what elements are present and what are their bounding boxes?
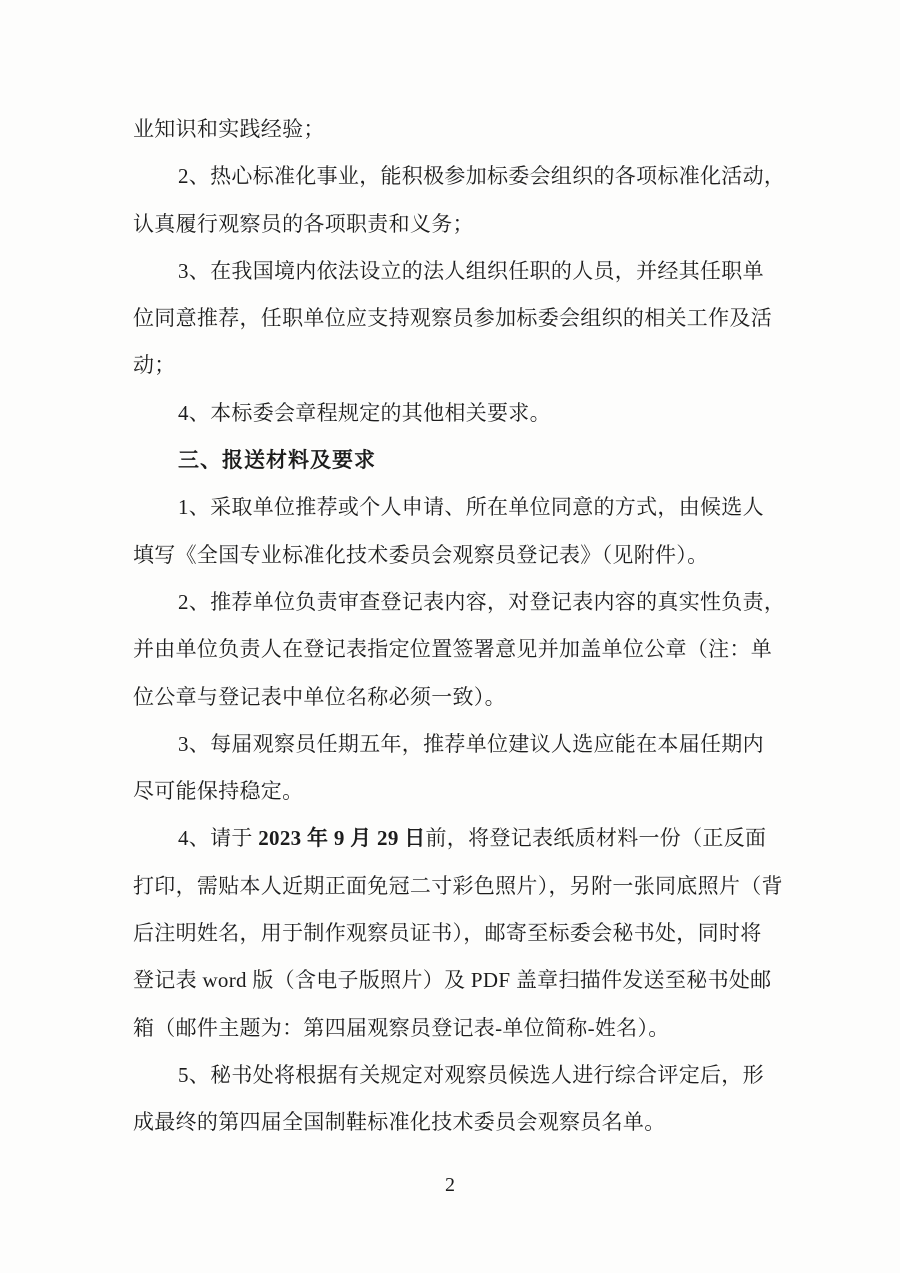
doc-line-item-3b: 3、每届观察员任期五年，推荐单位建议人选应能在本届任期内 [133, 721, 813, 768]
page-number: 2 [0, 1172, 900, 1198]
doc-line: 尽可能保持稳定。 [133, 768, 813, 815]
doc-line: 认真履行观察员的各项职责和义务； [133, 201, 813, 248]
doc-line: 箱（邮件主题为：第四届观察员登记表-单位简称-姓名）。 [133, 1005, 813, 1052]
doc-line-item-1: 1、采取单位推荐或个人申请、所在单位同意的方式，由候选人 [133, 484, 813, 531]
doc-line-item-5: 5、秘书处将根据有关规定对观察员候选人进行综合评定后，形 [133, 1052, 813, 1099]
doc-line-item-2b: 2、推荐单位负责审查登记表内容，对登记表内容的真实性负责， [133, 579, 813, 626]
doc-line: 位公章与登记表中单位名称必须一致）。 [133, 674, 813, 721]
doc-line: 填写《全国专业标准化技术委员会观察员登记表》（见附件）。 [133, 532, 813, 579]
document-page: 业知识和实践经验； 2、热心标准化事业，能积极参加标委会组织的各项标准化活动， … [0, 0, 900, 1273]
doc-line-item-4: 4、本标委会章程规定的其他相关要求。 [133, 390, 813, 437]
doc-line-item-2: 2、热心标准化事业，能积极参加标委会组织的各项标准化活动， [133, 153, 813, 200]
deadline-text-post: 前，将登记表纸质材料一份（正反面 [426, 826, 767, 850]
doc-line: 位同意推荐，任职单位应支持观察员参加标委会组织的相关工作及活 [133, 295, 813, 342]
doc-line: 业知识和实践经验； [133, 106, 813, 153]
deadline-date: 2023 年 9 月 29 日 [258, 826, 425, 850]
section-heading-materials: 三、报送材料及要求 [133, 437, 813, 484]
doc-line: 登记表 word 版（含电子版照片）及 PDF 盖章扫描件发送至秘书处邮 [133, 957, 813, 1004]
doc-line: 后注明姓名，用于制作观察员证书），邮寄至标委会秘书处，同时将 [133, 910, 813, 957]
doc-line: 并由单位负责人在登记表指定位置签署意见并加盖单位公章（注：单 [133, 626, 813, 673]
doc-line: 成最终的第四届全国制鞋标准化技术委员会观察员名单。 [133, 1099, 813, 1146]
doc-line-item-3: 3、在我国境内依法设立的法人组织任职的人员，并经其任职单 [133, 248, 813, 295]
document-body: 业知识和实践经验； 2、热心标准化事业，能积极参加标委会组织的各项标准化活动， … [133, 106, 813, 1147]
doc-line: 打印，需贴本人近期正面免冠二寸彩色照片），另附一张同底照片（背 [133, 863, 813, 910]
deadline-text-pre: 4、请于 [178, 826, 258, 850]
doc-line: 动； [133, 342, 813, 389]
doc-line-item-4b-deadline: 4、请于 2023 年 9 月 29 日前，将登记表纸质材料一份（正反面 [133, 815, 813, 862]
